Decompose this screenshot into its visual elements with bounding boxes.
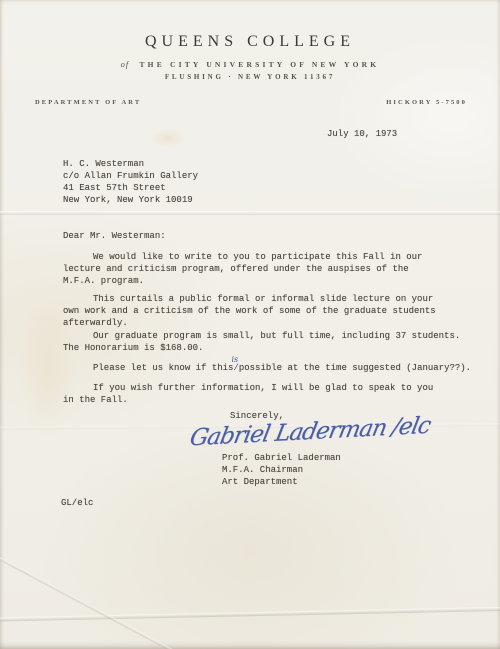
paper-crease xyxy=(0,211,500,215)
signature-script: Gabriel Laderman /elc xyxy=(188,413,433,452)
paper-stain xyxy=(150,128,186,148)
body-paragraph: We would like to write to you to partici… xyxy=(63,251,422,287)
recipient-line: 41 East 57th Street xyxy=(63,182,198,194)
paper-crease xyxy=(0,549,178,649)
scanned-letter-page: QUEENS COLLEGE of THE CITY UNIVERSITY OF… xyxy=(0,0,500,649)
body-line: This curtails a public formal or informa… xyxy=(63,293,436,305)
body-line: possible at the time suggested (January?… xyxy=(239,363,471,373)
body-line: The Honorarium is $168.00. xyxy=(63,342,460,354)
body-line: If you wish further information, I will … xyxy=(63,382,433,394)
body-line: in the Fall. xyxy=(63,394,433,406)
body-paragraph: If you wish further information, I will … xyxy=(63,382,433,406)
letterhead-info-row: DEPARTMENT OF ART HICKORY 5-7500 xyxy=(35,99,467,106)
signer-department: Art Department xyxy=(222,476,341,488)
body-paragraph: This curtails a public formal or informa… xyxy=(63,293,436,329)
body-line: Please let us know if this xyxy=(93,363,233,373)
letterhead-phone: HICKORY 5-7500 xyxy=(386,99,467,106)
typist-reference: GL/elc xyxy=(61,497,93,509)
body-line: own work and a criticism of the work of … xyxy=(63,305,436,317)
signer-title: M.F.A. Chairman xyxy=(222,464,341,476)
body-line: lecture and criticism program, offered u… xyxy=(63,263,422,275)
recipient-block: H. C. Westerman c/o Allan Frumkin Galler… xyxy=(63,158,198,206)
body-line: afterwardly. xyxy=(63,317,436,329)
letterhead-department: DEPARTMENT OF ART xyxy=(35,99,141,106)
recipient-line: H. C. Westerman xyxy=(63,158,198,170)
handwritten-insertion: is xyxy=(231,354,238,366)
body-paragraph: Please let us know if thisis/possible at… xyxy=(63,362,471,374)
letterhead-college-name: QUEENS COLLEGE xyxy=(0,33,500,51)
paper-crease xyxy=(0,606,500,622)
body-line: M.F.A. program. xyxy=(63,275,422,287)
signer-name: Prof. Gabriel Laderman xyxy=(222,452,341,464)
insertion-point: is/ xyxy=(233,363,238,373)
letterhead-of-word: of xyxy=(121,59,130,69)
recipient-line: New York, New York 10019 xyxy=(63,194,198,206)
letterhead-university-line: of THE CITY UNIVERSITY OF NEW YORK xyxy=(0,59,500,69)
date-line: July 10, 1973 xyxy=(327,128,397,140)
recipient-line: c/o Allan Frumkin Gallery xyxy=(63,170,198,182)
letterhead-university-text: THE CITY UNIVERSITY OF NEW YORK xyxy=(139,60,379,69)
letterhead-address-line: FLUSHING · NEW YORK 11367 xyxy=(0,73,500,81)
body-paragraph: Our graduate program is small, but full … xyxy=(63,330,460,354)
signer-block: Prof. Gabriel Laderman M.F.A. Chairman A… xyxy=(222,452,341,488)
salutation: Dear Mr. Westerman: xyxy=(63,230,166,242)
body-line: Our graduate program is small, but full … xyxy=(63,330,460,342)
body-line: We would like to write to you to partici… xyxy=(63,251,422,263)
